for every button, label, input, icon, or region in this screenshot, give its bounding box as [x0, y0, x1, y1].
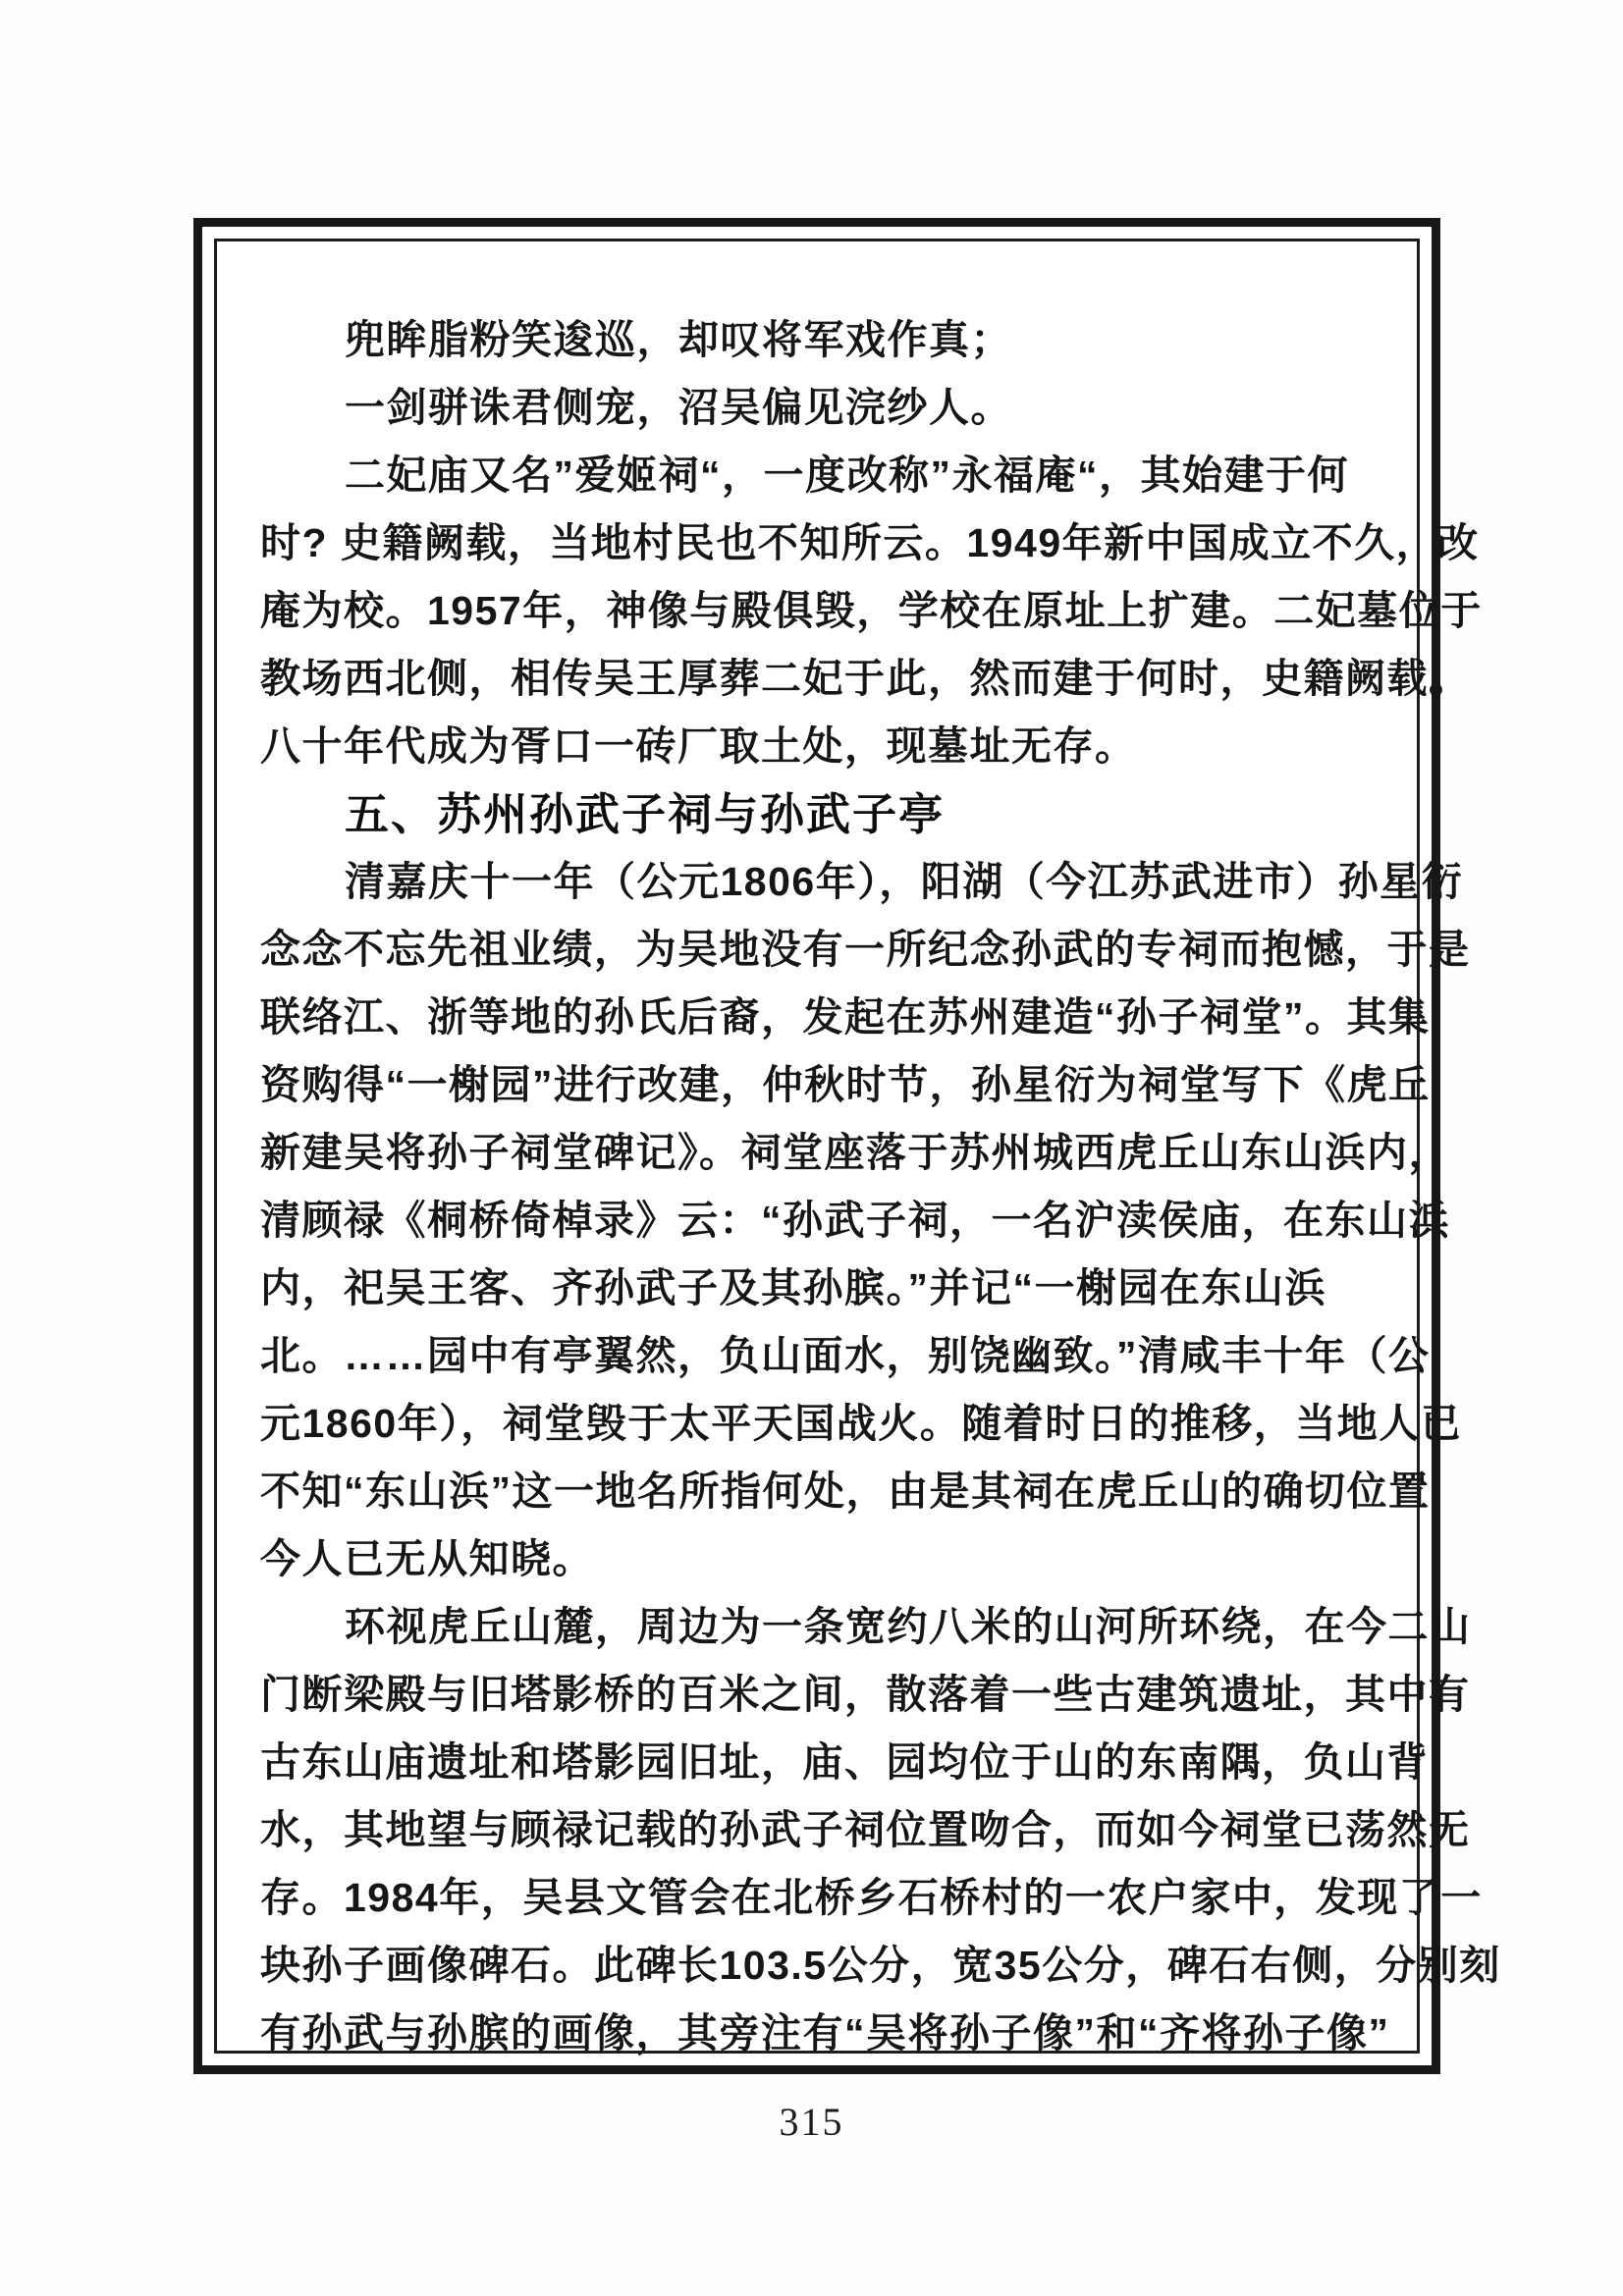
text-line: 念念不忘先祖业绩，为吴地没有一所纪念孙武的专祠而抱憾，于是: [260, 916, 1380, 984]
page-number: 315: [0, 2099, 1623, 2145]
text-line: 联络江、浙等地的孙氏后裔，发起在苏州建造“孙子祠堂”。其集: [260, 984, 1380, 1051]
text-line: 清顾禄《桐桥倚棹录》云：“孙武子祠，一名沪渎侯庙，在东山浜: [260, 1187, 1380, 1255]
text-line: 清嘉庆十一年（公元1806年），阳湖（今江苏武进市）孙星衍: [260, 848, 1380, 916]
text-line: 时? 史籍阙载，当地村民也不知所云。1949年新中国成立不久，改: [260, 509, 1380, 577]
text-block: 兜眸脂粉笑逡巡，却叹将军戏作真；一剑骈诛君侧宠，沼吴偏见浣纱人。二妃庙又名”爱姬…: [260, 306, 1380, 2067]
text-line: 八十年代成为胥口一砖厂取土处，现墓址无存。: [260, 713, 1380, 780]
text-line: 教场西北侧，相传吴王厚葬二妃于此，然而建于何时，史籍阙载。: [260, 645, 1380, 713]
text-line: 门断梁殿与旧塔影桥的百米之间，散落着一些古建筑遗址，其中有: [260, 1661, 1380, 1729]
text-line: 资购得“一榭园”进行改建，仲秋时节，孙星衍为祠堂写下《虎丘: [260, 1051, 1380, 1119]
text-line: 今人已无从知晓。: [260, 1525, 1380, 1593]
page-inner-border: 兜眸脂粉笑逡巡，却叹将军戏作真；一剑骈诛君侧宠，沼吴偏见浣纱人。二妃庙又名”爱姬…: [214, 239, 1420, 2054]
text-line: 北。……园中有亭翼然，负山面水，别饶幽致。”清咸丰十年（公: [260, 1322, 1380, 1390]
verse-line: 兜眸脂粉笑逡巡，却叹将军戏作真；: [260, 306, 1380, 374]
text-line: 二妃庙又名”爱姬祠“，一度改称”永福庵“，其始建于何: [260, 442, 1380, 509]
text-line: 环视虎丘山麓，周边为一条宽约八米的山河所环绕，在今二山: [260, 1593, 1380, 1661]
text-line: 不知“东山浜”这一地名所指何处，由是其祠在虎丘山的确切位置: [260, 1458, 1380, 1525]
text-line: 庵为校。1957年，神像与殿俱毁，学校在原址上扩建。二妃墓位于: [260, 577, 1380, 645]
text-line: 元1860年），祠堂毁于太平天国战火。随着时日的推移，当地人已: [260, 1390, 1380, 1458]
verse-line: 一剑骈诛君侧宠，沼吴偏见浣纱人。: [260, 374, 1380, 442]
text-line: 新建吴将孙子祠堂碑记》。祠堂座落于苏州城西虎丘山东山浜内，: [260, 1119, 1380, 1187]
text-line: 内，祀吴王客、齐孙武子及其孙膑。”并记“一榭园在东山浜: [260, 1255, 1380, 1322]
text-line: 水，其地望与顾禄记载的孙武子祠位置吻合，而如今祠堂已荡然无: [260, 1796, 1380, 1864]
text-line: 存。1984年，吴县文管会在北桥乡石桥村的一农户家中，发现了一: [260, 1864, 1380, 1932]
text-line: 古东山庙遗址和塔影园旧址，庙、园均位于山的东南隅，负山背: [260, 1729, 1380, 1796]
text-line: 块孙子画像碑石。此碑长103.5公分，宽35公分，碑石右侧，分别刻: [260, 1932, 1380, 2000]
scanned-book-page: 兜眸脂粉笑逡巡，却叹将军戏作真；一剑骈诛君侧宠，沼吴偏见浣纱人。二妃庙又名”爱姬…: [0, 0, 1623, 2296]
text-line: 有孙武与孙膑的画像，其旁注有“吴将孙子像”和“齐将孙子像”: [260, 2000, 1380, 2067]
section-heading: 五、苏州孙武子祠与孙武子亭: [260, 780, 1380, 848]
page-outer-border: 兜眸脂粉笑逡巡，却叹将军戏作真；一剑骈诛君侧宠，沼吴偏见浣纱人。二妃庙又名”爱姬…: [193, 218, 1440, 2074]
